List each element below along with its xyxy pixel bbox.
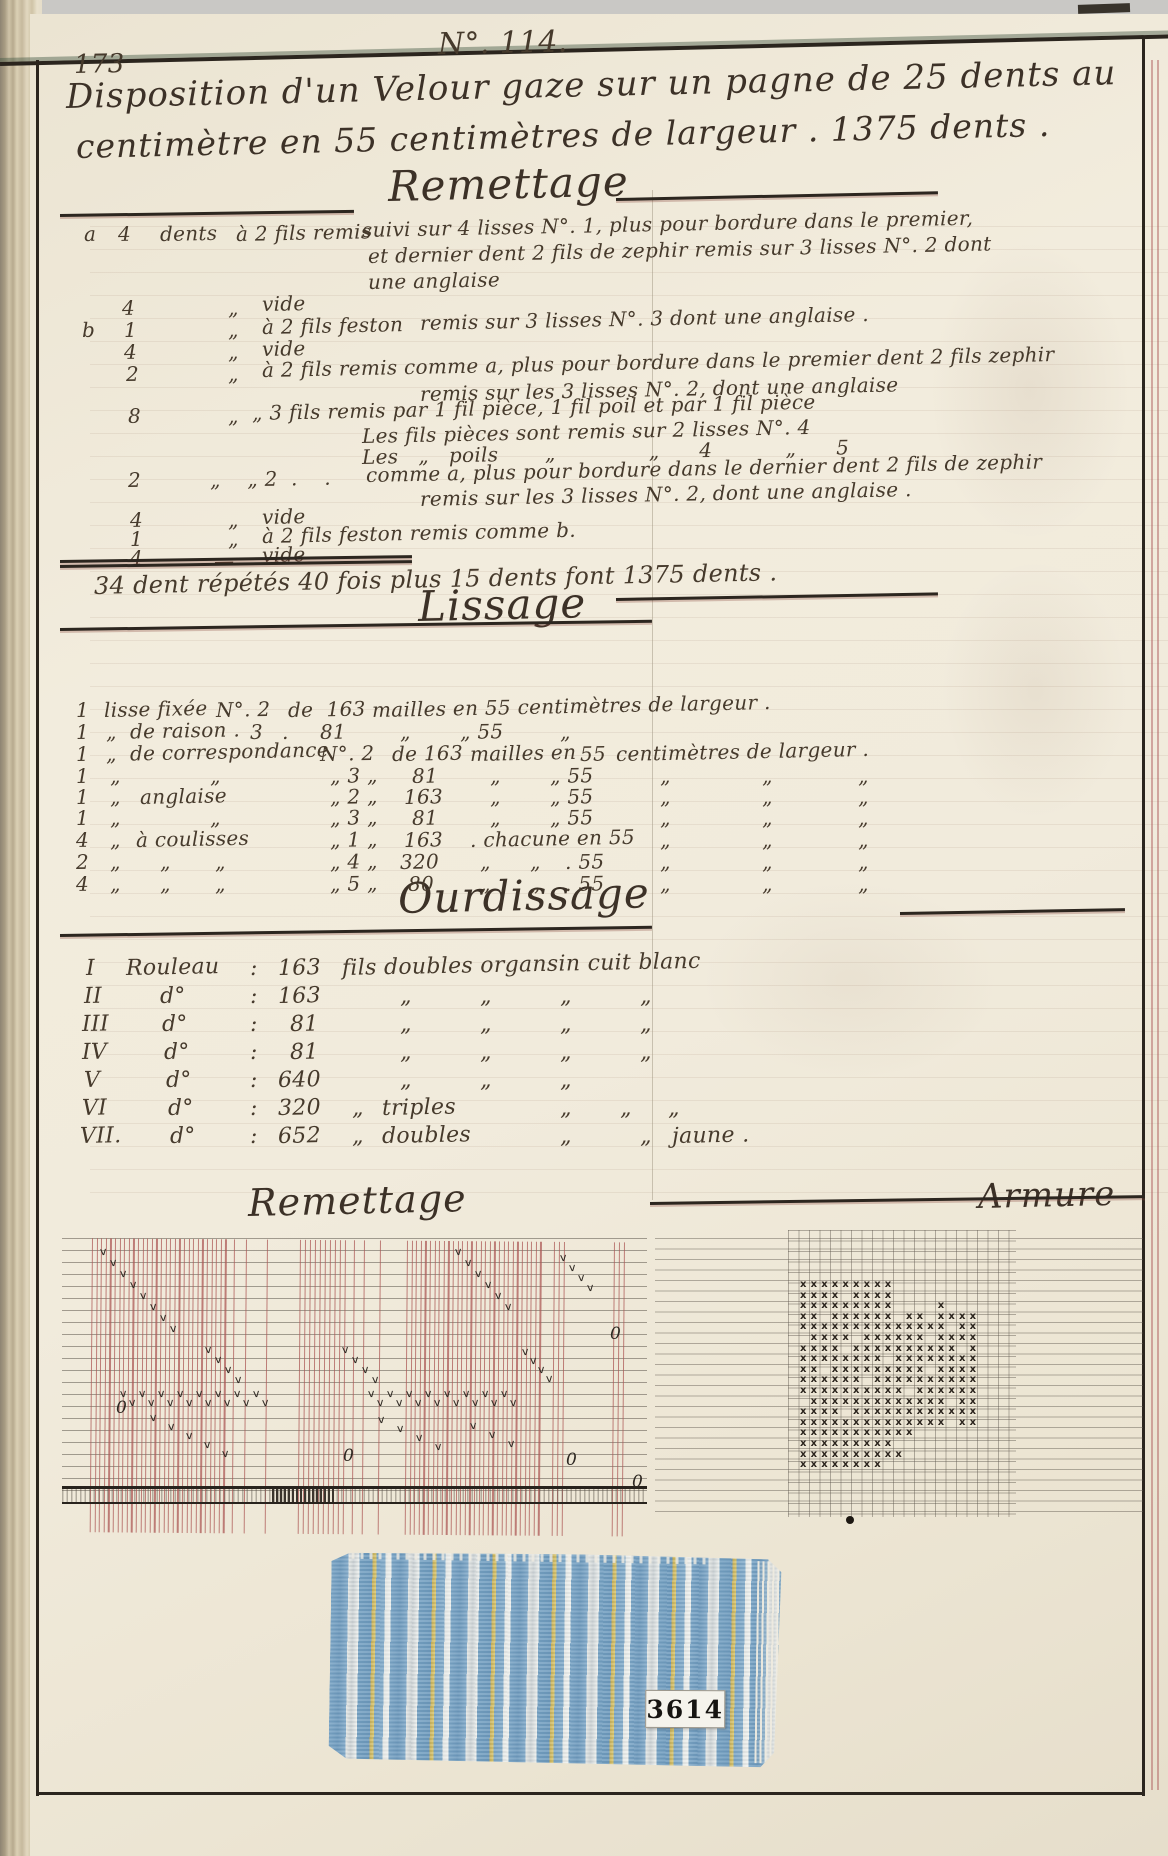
armure-mark: x [948,1344,954,1354]
armure-mark: x [917,1418,923,1428]
remettage-line: a [84,224,97,244]
armure-mark: x [906,1312,912,1322]
armure-mark: x [917,1386,923,1396]
armure-mark: x [970,1344,976,1354]
lissage-line: „ 1 „ [330,829,378,850]
armure-mark: x [948,1312,954,1322]
lissage-line: 80 [408,873,434,894]
lissage-line: „ [858,852,869,872]
armure-mark: x [885,1291,891,1301]
armure-mark: x [811,1312,817,1322]
armure-mark: x [885,1418,891,1428]
heading-remettage: Remettage [388,161,630,208]
draft-mark: v [416,1432,423,1443]
armure-mark: x [874,1418,880,1428]
lissage-line: „ [660,787,671,807]
armure-mark: x [811,1365,817,1375]
ourdissage-line: 640 [278,1069,321,1092]
armure-mark: x [895,1450,901,1460]
ourdissage-line: d° [160,985,186,1008]
draft-mark: v [530,1355,537,1366]
remettage-line: vide [262,293,306,314]
armure-mark: x [811,1280,817,1290]
ourdissage-line: „ [400,1042,412,1064]
armure-mark: x [811,1460,817,1470]
draft-mark: v [225,1364,232,1375]
ourdissage-line: „ [480,986,492,1008]
armure-mark: x [864,1439,870,1449]
ourdissage-line: III [82,1013,109,1036]
lissage-line: „ 5 „ [330,873,378,894]
armure-mark: x [811,1397,817,1407]
lissage-line: „ [762,787,773,807]
armure-mark: x [821,1460,827,1470]
armure-mark: x [821,1418,827,1428]
armure-mark: x [853,1344,859,1354]
armure-mark: x [832,1450,838,1460]
ourdissage-line: Rouleau [126,956,220,980]
draft-mark: v [352,1354,359,1365]
armure-mark: x [927,1418,933,1428]
armure-mark: x [906,1344,912,1354]
lissage-line: . 55 [565,873,605,894]
lissage-line: à coulisses [136,828,250,850]
armure-mark: x [832,1439,838,1449]
lissage-line: „ [530,874,541,894]
armure-mark: x [821,1280,827,1290]
lissage-line: „ [660,830,671,850]
armure-mark: x [874,1365,880,1375]
draft-mark: v [205,1344,212,1355]
armure-mark: x [800,1312,806,1322]
armure-mark: x [811,1428,817,1438]
draft-mark: v [378,1414,385,1425]
armure-mark: x [821,1450,827,1460]
lissage-line: „ [762,874,773,894]
armure-mark: x [948,1354,954,1364]
remettage-line: b [82,320,96,340]
draft-mark: v [435,1441,442,1452]
armure-mark: x [885,1407,891,1417]
armure-mark: x [885,1450,891,1460]
remettage-line: à 2 fils feston [262,314,404,337]
lissage-line: „ 4 „ [330,851,378,872]
remettage-line: „ [228,320,239,340]
armure-mark: x [853,1428,859,1438]
ourdissage-line: : [250,1126,258,1148]
armure-mark: x [906,1418,912,1428]
armure-mark: x [874,1280,880,1290]
lissage-line: centimètres de largeur . [616,739,869,764]
draft-mark: v [186,1397,193,1408]
armure-mark: x [800,1418,806,1428]
scanned-manuscript-page: 173 N°. 114. Disposition d'un Velour gaz… [0,0,1168,1856]
armure-mark: x [800,1450,806,1460]
armure-mark: x [938,1333,944,1343]
draft-mark: v [495,1290,502,1301]
armure-mark: x [864,1333,870,1343]
armure-mark: x [811,1450,817,1460]
armure-mark: x [853,1322,859,1332]
lissage-line: 81 [412,765,438,786]
armure-mark: x [959,1333,965,1343]
armure-mark: x [895,1354,901,1364]
remettage-line: une anglaise [368,269,500,292]
armure-mark: x [842,1333,848,1343]
ourdissage-line: V [84,1070,101,1092]
draft-mark: v [222,1448,229,1459]
lissage-line: 81 [412,807,438,828]
armure-mark: x [970,1407,976,1417]
armure-mark: x [895,1428,901,1438]
armure-mark: x [853,1375,859,1385]
armure-mark: x [917,1375,923,1385]
lissage-line: 1 [76,722,89,742]
lissage-line: „ [160,852,171,872]
armure-mark: x [874,1291,880,1301]
draft-mark: v [472,1397,479,1408]
armure-mark: x [853,1291,859,1301]
draft-mark: v [463,1388,470,1399]
draft-mark: v [204,1439,211,1450]
remettage-line: „ [228,529,239,549]
lissage-line: „ [110,808,121,828]
remettage-line: 4 [124,342,137,362]
armure-mark: x [853,1365,859,1375]
armure-mark: x [938,1301,944,1311]
armure-mark: x [800,1407,806,1417]
armure-mark: x [959,1386,965,1396]
ourdissage-line: 320 [278,1097,321,1120]
armure-mark: x [842,1428,848,1438]
draft-mark: v [262,1397,269,1408]
armure-mark: x [800,1291,806,1301]
draft-zero-mark: 0 [116,1400,127,1417]
armure-mark: x [948,1365,954,1375]
draft-mark: v [510,1397,517,1408]
ourdissage-line: : [250,958,258,980]
lissage-line: „ [660,874,671,894]
armure-mark: x [864,1418,870,1428]
armure-mark: x [885,1365,891,1375]
remettage-line: 1 [124,320,137,340]
lissage-line: „ de correspondance [106,740,329,764]
armure-mark: x [811,1301,817,1311]
armure-mark: x [874,1375,880,1385]
lissage-line: „ [480,874,491,894]
armure-mark: x [970,1375,976,1385]
armure-mark: x [811,1375,817,1385]
armure-mark: x [832,1291,838,1301]
armure-mark: x [874,1428,880,1438]
ourdissage-line: doubles [382,1124,471,1148]
remettage-line: vide [262,338,306,359]
armure-mark: x [842,1301,848,1311]
armure-mark: x [864,1322,870,1332]
draft-mark: v [415,1397,422,1408]
lissage-line: „ [762,766,773,786]
lissage-line: „ [490,787,501,807]
draft-mark: v [158,1388,165,1399]
armure-mark: x [874,1407,880,1417]
armure-mark: x [832,1301,838,1311]
armure-mark: x [917,1312,923,1322]
lissage-line: „ [858,874,869,894]
lissage-line: „ 55 [460,721,504,742]
armure-mark: x [821,1301,827,1311]
ourdissage-line: : [250,986,258,1008]
draft-mark: v [110,1257,117,1268]
armure-mark: x [917,1407,923,1417]
armure-mark: x [832,1365,838,1375]
draft-zero-mark: 0 [566,1452,577,1469]
armure-mark: x [832,1397,838,1407]
lissage-line: „ [530,852,541,872]
armure-mark: x [821,1407,827,1417]
armure-mark: x [832,1418,838,1428]
lissage-line: „ [762,808,773,828]
armure-mark: x [874,1301,880,1311]
armure-mark: x [800,1439,806,1449]
armure-mark: x [885,1439,891,1449]
remettage-line: à 2 fils remis [236,221,372,244]
remettage-line: „ „ 2 . . [210,468,331,490]
armure-mark: x [821,1291,827,1301]
folio-number: 173 [74,51,125,78]
lissage-line: 1 [76,700,89,720]
armure-mark: x [874,1333,880,1343]
lissage-line: mailles en [470,742,577,764]
ourdissage-line: d° [168,1097,194,1120]
armure-mark: x [853,1312,859,1322]
draft-mark: v [538,1364,545,1375]
lissage-line: „ [858,787,869,807]
draft-mark: v [505,1301,512,1312]
draft-mark: v [377,1397,384,1408]
armure-mark: x [811,1354,817,1364]
armure-mark: x [959,1418,965,1428]
ourdissage-line: „ [560,986,572,1008]
ourdissage-line: „ [400,986,412,1008]
draft-mark: v [522,1346,529,1357]
draft-mark: v [234,1388,241,1399]
lissage-line: . 55 [565,851,605,872]
armure-mark: x [885,1280,891,1290]
draft-mark: v [578,1272,585,1283]
armure-mark: x [811,1386,817,1396]
armure-mark: x [874,1344,880,1354]
remettage-line: 2 [128,470,141,490]
lissage-line: „ [110,874,121,894]
page-corner-mark [1078,3,1130,14]
armure-mark: x [970,1418,976,1428]
armure-mark: x [917,1354,923,1364]
armure-mark: x [927,1344,933,1354]
armure-mark: x [821,1428,827,1438]
armure-mark: x [938,1365,944,1375]
armure-mark: x [864,1312,870,1322]
draft-mark: v [243,1397,250,1408]
armure-mark: x [906,1365,912,1375]
ourdissage-line: „ [560,1042,572,1064]
armure-mark: x [800,1354,806,1364]
draft-mark: v [560,1252,567,1263]
armure-mark: x [864,1354,870,1364]
draft-mark: v [434,1397,441,1408]
armure-mark: x [842,1397,848,1407]
remettage-line: 8 [128,406,141,426]
armure-mark: x [906,1407,912,1417]
draft-mark: v [546,1373,553,1384]
draft-mark: v [224,1397,231,1408]
remettage-line: „ [228,298,239,318]
armure-mark: x [842,1280,848,1290]
ourdissage-line: d° [166,1069,192,1092]
ourdissage-line: d° [170,1125,196,1148]
draft-mark: v [253,1388,260,1399]
armure-mark: x [885,1344,891,1354]
ourdissage-line: d° [162,1013,188,1036]
draft-mark: v [129,1397,136,1408]
draft-mark: v [167,1397,174,1408]
ourdissage-line: : [250,1042,258,1064]
draft-mark: v [475,1268,482,1279]
draft-mark: v [489,1429,496,1440]
ourdissage-line: „ [560,1098,572,1120]
remettage-line: „ [228,364,239,384]
lissage-line: . chacune en 55 [470,827,635,850]
armure-mark: x [885,1386,891,1396]
armure-mark: x [853,1386,859,1396]
draft-mark: v [396,1397,403,1408]
armure-mark: x [821,1322,827,1332]
armure-mark: x [917,1344,923,1354]
armure-mark: x [895,1407,901,1417]
armure-mark: x [917,1365,923,1375]
armure-mark: x [832,1354,838,1364]
ourdissage-line: 81 [290,1013,319,1036]
armure-mark: x [864,1386,870,1396]
armure-mark: x [864,1397,870,1407]
ourdissage-line: „ [480,1042,492,1064]
armure-mark: x [874,1439,880,1449]
armure-mark: x [874,1322,880,1332]
armure-mark: x [853,1397,859,1407]
armure-mark: x [811,1344,817,1354]
ourdissage-line: 163 [278,957,321,980]
armure-mark: x [853,1460,859,1470]
lissage-line: „ [110,830,121,850]
armure-mark: x [821,1333,827,1343]
lissage-line: „ [210,808,221,828]
armure-mark: x [970,1333,976,1343]
armure-mark: x [800,1386,806,1396]
armure-mark: x [906,1375,912,1385]
ourdissage-line: I [86,958,95,980]
armure-mark: x [853,1439,859,1449]
ourdissage-line: „ [480,1070,492,1092]
armure-mark: x [895,1344,901,1354]
ourdissage-line: „ [640,986,652,1008]
armure-mark: x [948,1333,954,1343]
lissage-line: lisse fixée [104,698,208,720]
lissage-line: 4 [76,874,89,894]
armure-mark: x [853,1418,859,1428]
lissage-line: anglaise [140,785,227,807]
armure-mark: x [832,1428,838,1438]
lissage-line: 163 [404,829,443,850]
draft-mark: v [215,1354,222,1365]
armure-mark: x [938,1407,944,1417]
lissage-line: „ [480,852,491,872]
draft-mark: v [196,1388,203,1399]
draft-mark: v [168,1421,175,1432]
armure-mark: x [864,1460,870,1470]
armure-mark: x [970,1322,976,1332]
armure-mark: x [885,1322,891,1332]
page-frame-bottom [36,1792,1144,1795]
armure-mark: x [895,1322,901,1332]
lissage-line: „ 3 „ [330,807,378,828]
draft-mark: v [406,1388,413,1399]
draft-mark: v [205,1397,212,1408]
lissage-line: „ de raison . [106,719,240,742]
lissage-line: 1 [76,808,89,828]
draft-mark: v [465,1257,472,1268]
ourdissage-line: „ [352,1126,364,1148]
armure-mark: x [821,1354,827,1364]
armure-mark: x [959,1354,965,1364]
remettage-line: 4 [122,298,135,318]
draft-mark: v [491,1397,498,1408]
lissage-line: „ [160,874,171,894]
lissage-line: de 163 [288,698,366,720]
page-frame-left [36,60,39,1796]
remettage-line: 2 [126,364,139,384]
lissage-line: „ [400,722,411,742]
armure-mark: x [970,1386,976,1396]
armure-mark: x [842,1450,848,1460]
lissage-line: „ [215,852,226,872]
armure-mark: x [885,1375,891,1385]
armure-mark: x [800,1280,806,1290]
armure-mark: x [959,1312,965,1322]
draft-mark: v [569,1262,576,1273]
lissage-line: „ [490,808,501,828]
armure-mark: x [938,1354,944,1364]
fabric-sample-swatch: 3614 [328,1550,781,1767]
lissage-line: 2 [76,852,89,872]
armure-mark: x [864,1344,870,1354]
armure-mark: x [821,1397,827,1407]
ourdissage-line: : [250,1014,258,1036]
armure-mark: x [842,1365,848,1375]
armure-mark: x [800,1301,806,1311]
draft-zero-mark: 0 [343,1448,354,1465]
draft-mark: v [186,1430,193,1441]
armure-mark: x [885,1428,891,1438]
lissage-line: 320 [400,851,439,872]
armure-mark: x [927,1397,933,1407]
draft-mark: v [177,1388,184,1399]
armure-mark: x [906,1397,912,1407]
next-page-ruling-line [1157,60,1159,1790]
armure-mark: x [895,1418,901,1428]
lissage-line: „ [762,852,773,872]
lissage-line: 4 [76,830,89,850]
armure-mark: x [885,1301,891,1311]
armure-mark: x [800,1375,806,1385]
